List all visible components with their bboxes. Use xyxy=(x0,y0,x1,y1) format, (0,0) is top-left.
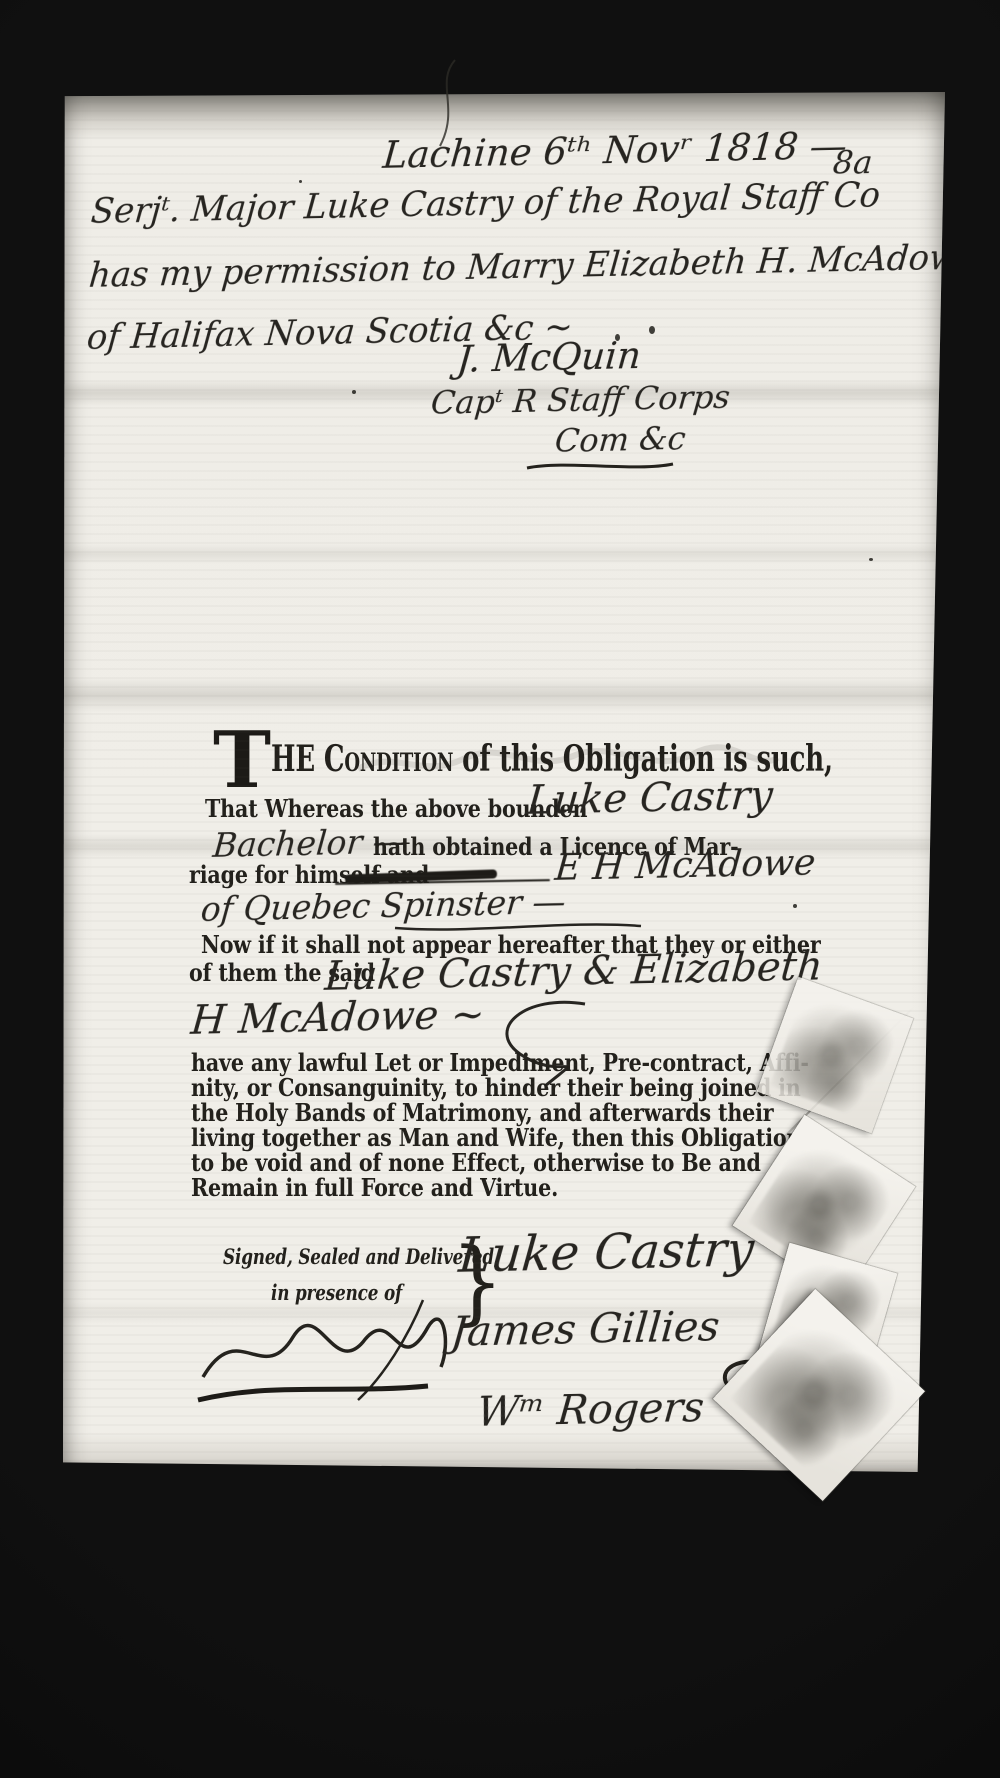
signature-flourish xyxy=(525,458,675,474)
fold-streak xyxy=(63,544,945,564)
fold-streak xyxy=(63,678,945,712)
permission-note-line: has my permission to Marry Elizabeth H. … xyxy=(87,237,945,296)
ink-speck xyxy=(793,904,797,908)
heading-text-smallcaps: Condition xyxy=(324,738,453,780)
heading-text-2: of this Obligation is such, xyxy=(453,738,833,780)
bond-line: Remain in full Force and Virtue. xyxy=(191,1173,558,1202)
heading-dropcap: T xyxy=(213,732,271,790)
ink-speck xyxy=(299,180,302,183)
couple-script-line1: Luke Castry & Elizabeth xyxy=(323,944,824,1001)
groom-name-script: Luke Castry xyxy=(525,773,775,824)
officer-signature: J. McQuin xyxy=(455,334,642,381)
ink-speck xyxy=(615,334,620,341)
heading-text-1: HE xyxy=(271,738,324,780)
ink-speck xyxy=(869,558,873,561)
officer-title: Capᵗ R Staff Corps xyxy=(429,378,731,422)
scan-hair-artifact xyxy=(415,58,475,148)
officer-note: Com &c xyxy=(553,419,687,460)
ink-speck xyxy=(649,326,655,334)
permission-note-line: Serjᵗ. Major Luke Castry of the Royal St… xyxy=(89,175,881,232)
couple-script-line2: H McAdowe ~ xyxy=(189,992,486,1044)
ink-speck xyxy=(352,390,356,394)
microfilm-frame: Lachine 6ᵗʰ Novʳ 1818 — 8a Serjᵗ. Major … xyxy=(0,0,1000,1778)
bride-name-script: E H McAdowe xyxy=(553,843,817,890)
